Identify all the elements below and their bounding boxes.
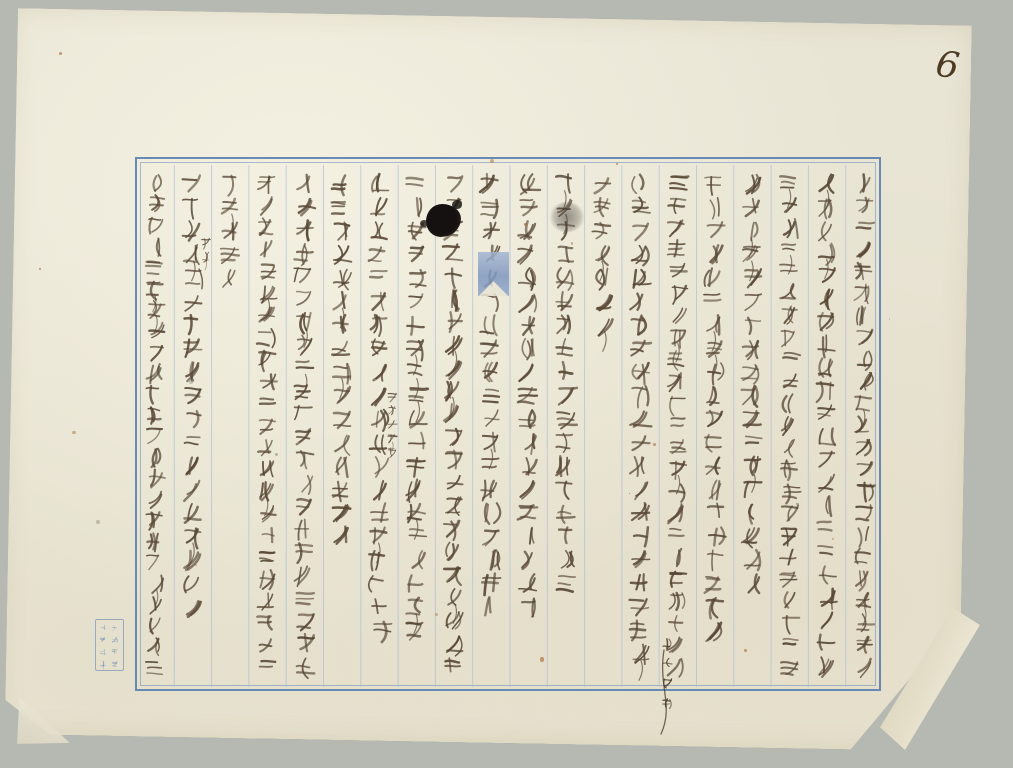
handwriting-column: 生セシメサル様力メサルヘカラス要ハ内地人ト鮮人 xyxy=(667,176,688,676)
handwriting-column: 點ハ特ニ内地人ノ為政家ハ勿論普通一般 xyxy=(741,175,762,593)
handwriting-column: 満州若クハ米国等ニ在ル鮮人ノ所謂元有志家 xyxy=(406,178,428,640)
handwriting-column: 訴ヘントシ綱紀上ニ行惡ヲ放恣ニシ xyxy=(331,175,351,543)
blue-paper-tab xyxy=(478,252,509,296)
interlinear-note: 朝鮮 xyxy=(201,238,211,270)
handwriting-column: ヲ破壊セントスルノ企圖スル者アリ行動ヲ深ク非ト xyxy=(257,176,277,667)
ruled-frame: 有意識ニモ政治、經濟上、社會上ニ於テ言語風俗ノ異同ト共ニ自然差等ヲ生シ鮮人ノ見地… xyxy=(135,157,881,691)
interlinear-note: 日本ノ統治 xyxy=(388,393,397,457)
handwriting-column: 朝鮮ノ治安ヲ妨害シ内乱ヲ挑發シ日韓合併ノ目的 xyxy=(294,175,315,678)
handwriting-column: 律ト秩序ト存在ノ下ニ求メサルヘカラス内地人モ鮮人 xyxy=(146,175,165,674)
foxing-speck xyxy=(744,649,746,651)
handwriting-column: 付テモ亦多年朝鮮ニ住居セル内地人ノ鮮人 xyxy=(518,174,540,617)
handwriting-column: 異同ト共ニ自然差等ヲ生シ鮮人ノ見地ヨリ云ヘハ xyxy=(817,175,837,677)
scan-background: 有意識ニモ政治、經濟上、社會上ニ於テ言語風俗ノ異同ト共ニ自然差等ヲ生シ鮮人ノ見地… xyxy=(0,0,1013,768)
handwriting-column: 余ハ従来施設シ来リタル朝鮮ノ統治策ニ xyxy=(556,174,577,591)
foxing-speck xyxy=(540,657,544,661)
handwriting-column: ノ人々モ深ク注意ヲ加ヘ努メテ鮮人ニ諒解ヲ xyxy=(704,177,726,641)
handwriting-column: モ肝要ナリトス xyxy=(592,178,612,351)
foxing-speck xyxy=(490,159,494,163)
foxing-speck xyxy=(889,318,891,320)
handwriting-column: トカ愛国者トカ称シ専ラ陰謀ヲ事トシ暴力ニ xyxy=(368,174,391,642)
handwriting-column: スモノナリ xyxy=(221,176,239,287)
foxing-speck xyxy=(96,520,100,524)
collection-stamp-icon xyxy=(95,619,124,671)
ink-smudge xyxy=(550,202,584,232)
handwriting-column: 結局鮮地ノ治安ト鮮人ノ繁榮幸福ハ之ヲ法 xyxy=(183,175,203,616)
foxing-speck xyxy=(59,52,62,55)
handwriting-column: ハ不愉快ノ感念ヲ惹起スルヲ免レサルモノニシテ此 xyxy=(780,176,801,675)
foxing-speck xyxy=(571,242,573,244)
foxing-speck xyxy=(524,223,527,226)
handwriting-column: ニ對スル態度ニ付テモ同意ニ難クシテ改善 xyxy=(480,174,500,615)
foxing-speck xyxy=(189,380,192,383)
foxing-speck xyxy=(616,163,618,165)
handwriting-column: トノ間ニ於ケル意思疏通ノ完全ナルヲ解スル最 xyxy=(630,175,652,681)
handwriting-column: 有意識ニモ政治、經濟上、社會上ニ於テ言語風俗ノ xyxy=(854,174,875,677)
foxing-speck xyxy=(195,564,197,566)
handwriting-layer: 有意識ニモ政治、經濟上、社會上ニ於テ言語風俗ノ異同ト共ニ自然差等ヲ生シ鮮人ノ見地… xyxy=(137,159,883,693)
handwriting-column: ヲ促ササルヲ得サルモノト認ムルモ同時ニ亦上海 xyxy=(443,176,463,671)
